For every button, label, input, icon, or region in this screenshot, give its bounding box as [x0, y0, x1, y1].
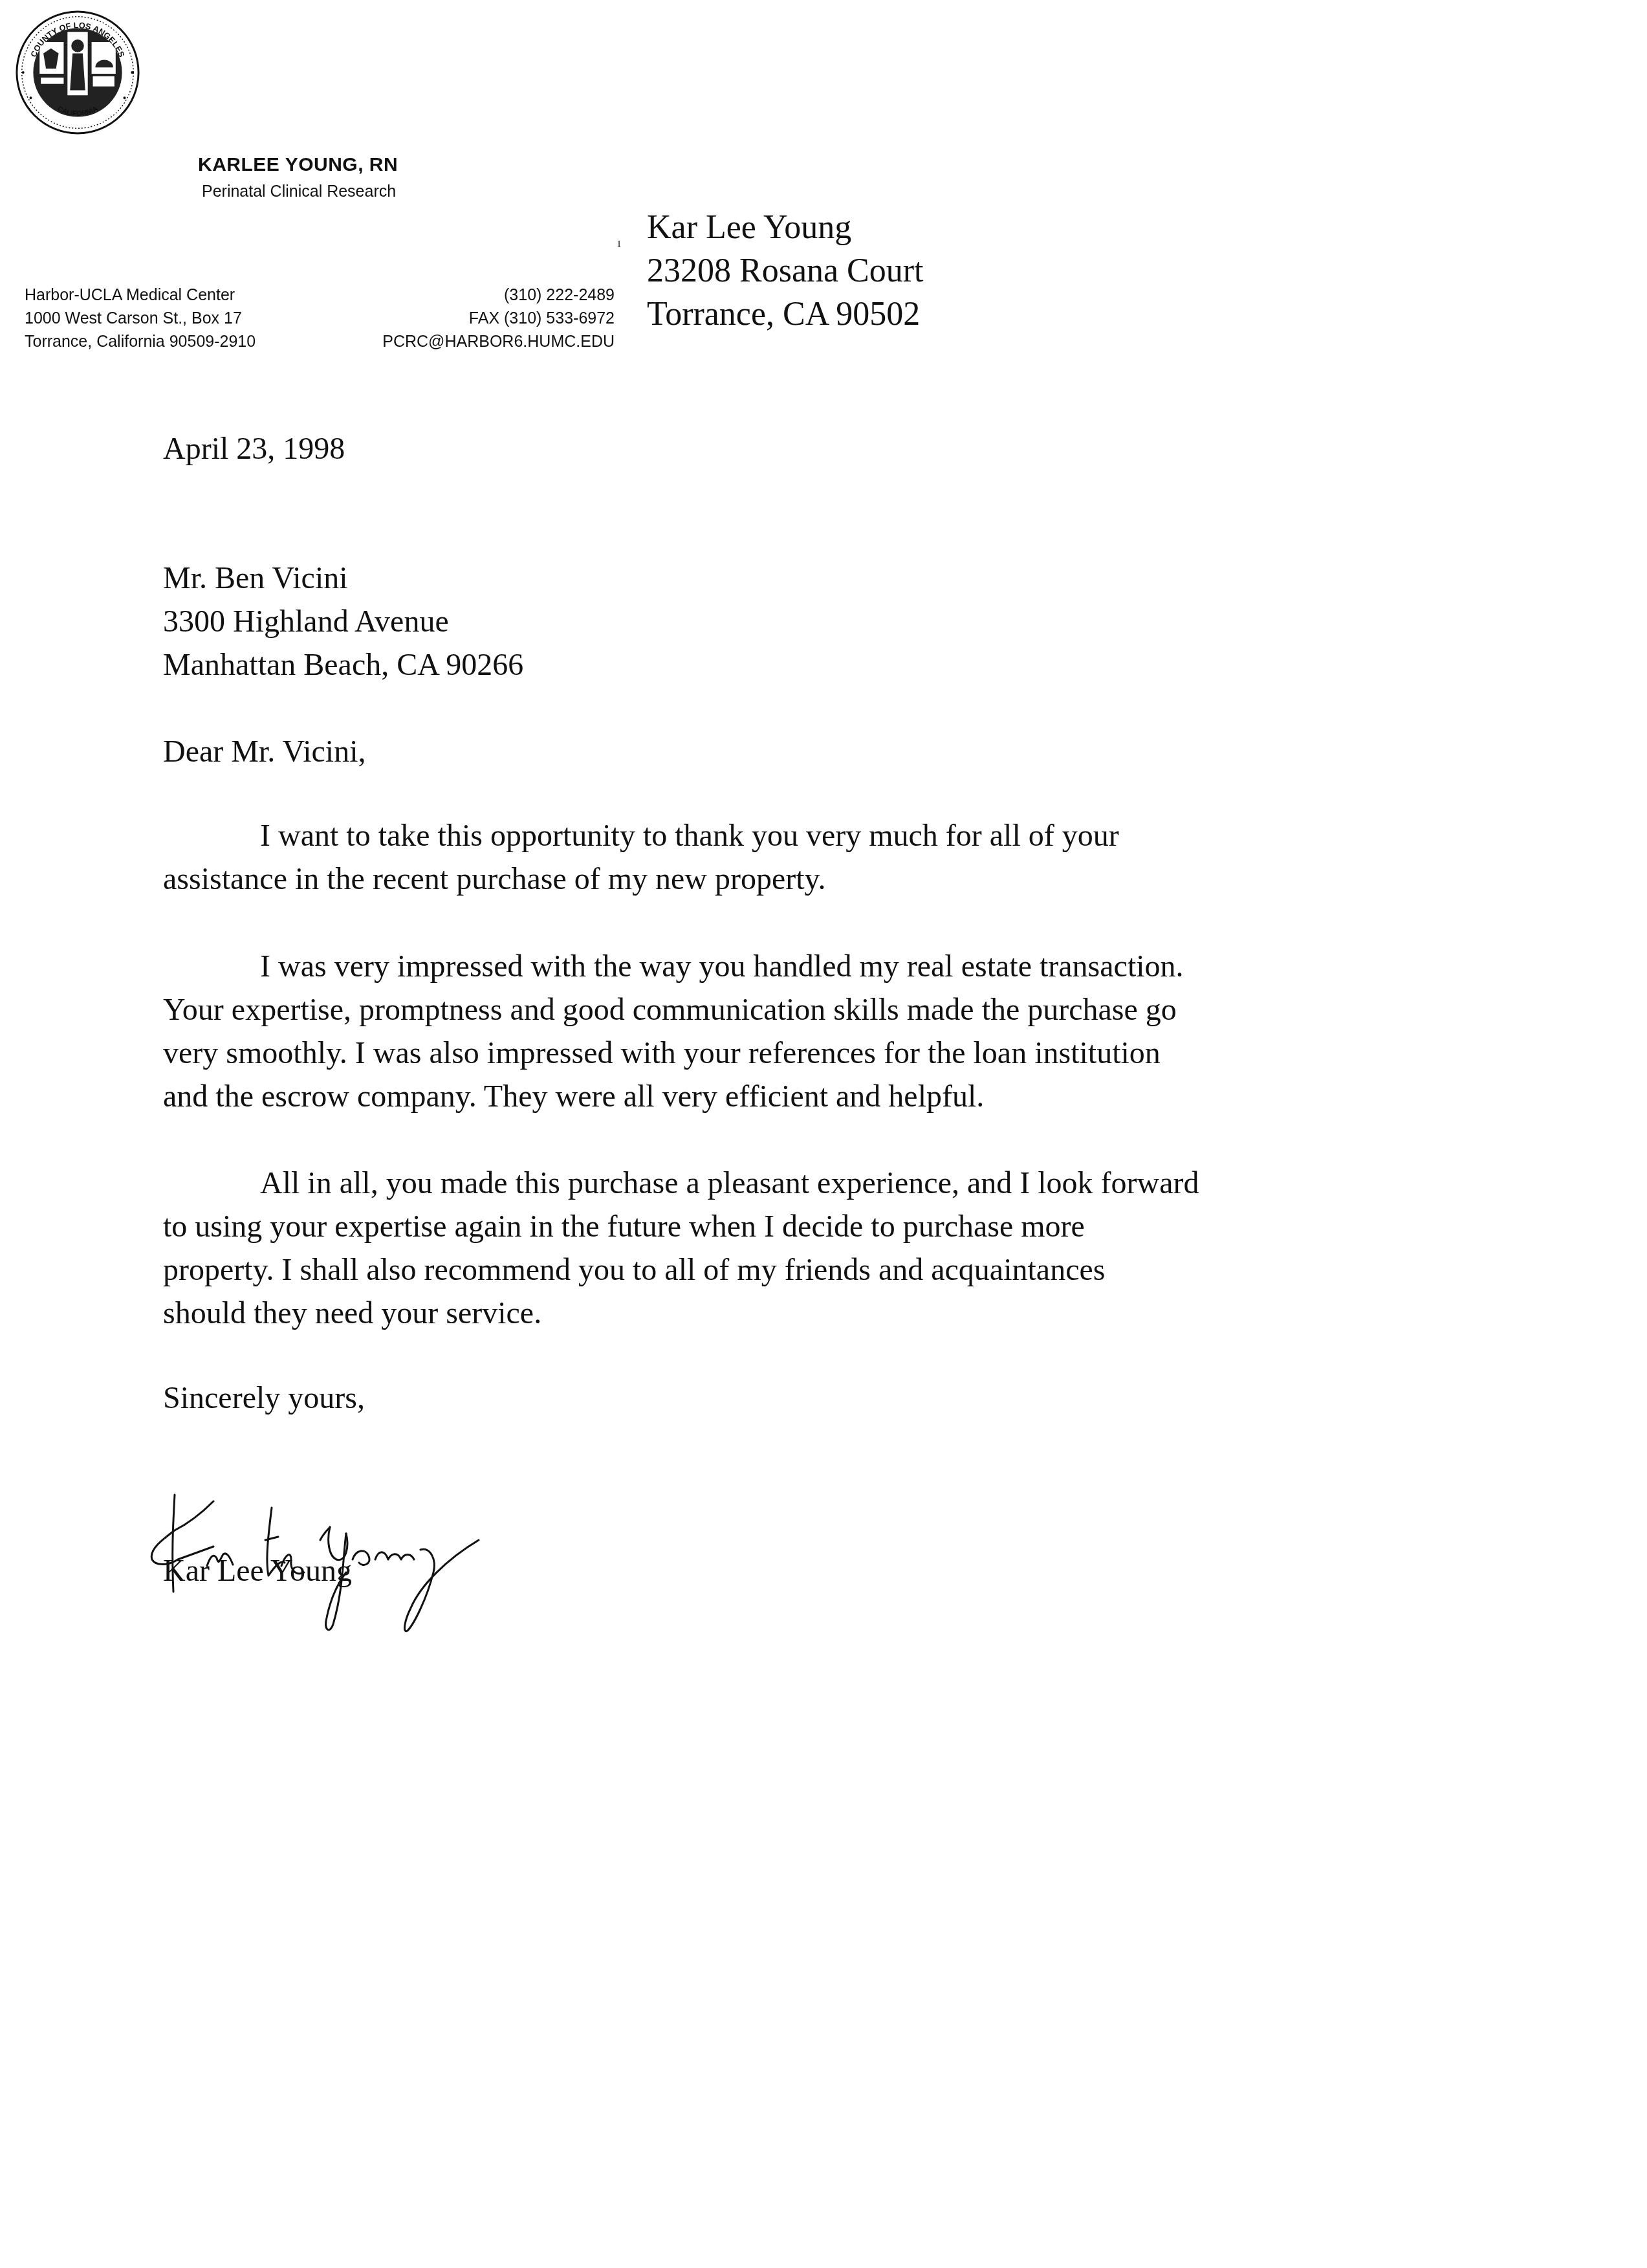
- letterhead-address-line: Torrance, California 90509-2910: [25, 330, 256, 353]
- paragraph-line: I was very impressed with the way you ha…: [163, 945, 1457, 988]
- paragraph-line: Your expertise, promptness and good comm…: [163, 988, 1457, 1031]
- paragraph-line: to using your expertise again in the fut…: [163, 1205, 1457, 1248]
- letterhead-address-line: Harbor-UCLA Medical Center: [25, 283, 256, 307]
- salutation: Dear Mr. Vicini,: [163, 730, 366, 773]
- paragraph-line: should they need your service.: [163, 1292, 1457, 1335]
- county-seal-icon: COUNTY OF LOS ANGELES CALIFORNIA: [14, 9, 141, 136]
- signed-name: Kar Lee Young: [163, 1553, 352, 1589]
- return-address-street: 23208 Rosana Court: [647, 249, 924, 292]
- paragraph-line: property. I shall also recommend you to …: [163, 1248, 1457, 1292]
- letterhead-email: PCRC@HARBOR6.HUMC.EDU: [336, 330, 615, 353]
- paragraph-line: assistance in the recent purchase of my …: [163, 857, 1457, 901]
- paragraph-2: I was very impressed with the way you ha…: [163, 945, 1457, 1118]
- return-address-name: Kar Lee Young: [647, 206, 924, 249]
- letterhead-phone: (310) 222-2489: [336, 283, 615, 307]
- letterhead-address-line: 1000 West Carson St., Box 17: [25, 307, 256, 330]
- letterhead-contact: (310) 222-2489 FAX (310) 533-6972 PCRC@H…: [336, 283, 615, 353]
- return-address: Kar Lee Young 23208 Rosana Court Torranc…: [647, 206, 924, 336]
- letter-date: April 23, 1998: [163, 427, 345, 470]
- letterhead-department: Perinatal Clinical Research: [202, 182, 396, 201]
- return-address-city: Torrance, CA 90502: [647, 292, 924, 336]
- recipient-name: Mr. Ben Vicini: [163, 556, 523, 600]
- letterhead-name: KARLEE YOUNG, RN: [198, 154, 398, 176]
- paragraph-line: All in all, you made this purchase a ple…: [163, 1162, 1457, 1205]
- paragraph-line: very smoothly. I was also impressed with…: [163, 1031, 1457, 1075]
- recipient-street: 3300 Highland Avenue: [163, 600, 523, 643]
- stray-mark: ı: [617, 234, 621, 251]
- recipient-city: Manhattan Beach, CA 90266: [163, 643, 523, 687]
- recipient-address: Mr. Ben Vicini 3300 Highland Avenue Manh…: [163, 556, 523, 687]
- letterhead-fax: FAX (310) 533-6972: [336, 307, 615, 330]
- paragraph-line: I want to take this opportunity to thank…: [163, 814, 1457, 857]
- letterhead-address: Harbor-UCLA Medical Center 1000 West Car…: [25, 283, 256, 353]
- paragraph-3: All in all, you made this purchase a ple…: [163, 1162, 1457, 1335]
- paragraph-line: and the escrow company. They were all ve…: [163, 1075, 1457, 1118]
- closing: Sincerely yours,: [163, 1376, 365, 1420]
- paragraph-1: I want to take this opportunity to thank…: [163, 814, 1457, 901]
